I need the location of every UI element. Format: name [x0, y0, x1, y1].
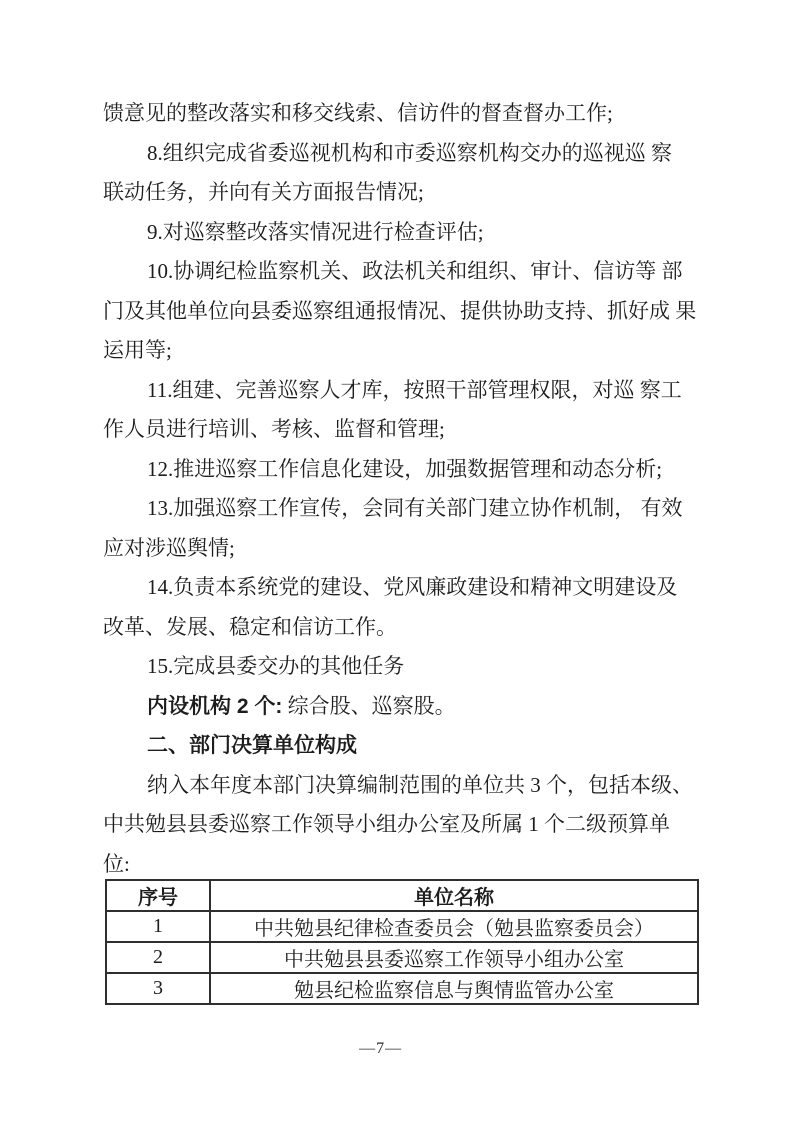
table-cell-unit-name: 中共勉县纪律检查委员会（勉县监察委员会） — [210, 911, 698, 942]
internal-org-label: 内设机构 2 个: — [147, 695, 282, 718]
body-line: 10.协调纪检监察机关、政法机关和组织、审计、信访等 部 — [103, 252, 695, 292]
body-line: 15.完成县委交办的其他任务 — [103, 647, 695, 687]
table-cell-seq: 3 — [106, 973, 210, 1004]
document-page: 馈意见的整改落实和移交线索、信访件的督查督办工作; 8.组织完成省委巡视机构和市… — [0, 0, 793, 1122]
body-line: 作人员进行培训、考核、监督和管理; — [103, 410, 695, 450]
body-line: 8.组织完成省委巡视机构和市委巡察机构交办的巡视巡 察 — [103, 134, 695, 174]
body-line: 纳入本年度本部门决算编制范围的单位共 3 个，包括本级、 — [103, 766, 695, 806]
body-line: 门及其他单位向县委巡察组通报情况、提供协助支持、抓好成 果 — [103, 292, 695, 332]
body-line: 应对涉巡舆情; — [103, 529, 695, 569]
body-line: 改革、发展、稳定和信访工作。 — [103, 608, 695, 648]
page-number: —7— — [0, 1040, 761, 1058]
internal-org-line: 内设机构 2 个: 综合股、巡察股。 — [103, 687, 695, 727]
table-row: 2 中共勉县县委巡察工作领导小组办公室 — [106, 942, 698, 973]
table-header-unit-name: 单位名称 — [210, 880, 698, 911]
body-line: 9.对巡察整改落实情况进行检查评估; — [103, 213, 695, 253]
table-header-row: 序号 单位名称 — [106, 880, 698, 911]
body-line: 运用等; — [103, 331, 695, 371]
body-line: 联动任务，并向有关方面报告情况; — [103, 173, 695, 213]
table-row: 1 中共勉县纪律检查委员会（勉县监察委员会） — [106, 911, 698, 942]
body-line: 馈意见的整改落实和移交线索、信访件的督查督办工作; — [103, 94, 695, 134]
units-table: 序号 单位名称 1 中共勉县纪律检查委员会（勉县监察委员会） 2 中共勉县县委巡… — [105, 879, 699, 1005]
table-cell-seq: 1 — [106, 911, 210, 942]
body-text: 馈意见的整改落实和移交线索、信访件的督查督办工作; 8.组织完成省委巡视机构和市… — [103, 94, 695, 884]
body-line: 12.推进巡察工作信息化建设，加强数据管理和动态分析; — [103, 450, 695, 490]
body-line: 14.负责本系统党的建设、党风廉政建设和精神文明建设及 — [103, 568, 695, 608]
table-cell-seq: 2 — [106, 942, 210, 973]
body-line: 中共勉县县委巡察工作领导小组办公室及所属 1 个二级预算单 — [103, 805, 695, 845]
section-heading: 二、部门决算单位构成 — [103, 726, 695, 766]
table-row: 3 勉县纪检监察信息与舆情监管办公室 — [106, 973, 698, 1004]
body-line: 13.加强巡察工作宣传，会同有关部门建立协作机制， 有效 — [103, 489, 695, 529]
table-cell-unit-name: 勉县纪检监察信息与舆情监管办公室 — [210, 973, 698, 1004]
body-line: 11.组建、完善巡察人才库，按照干部管理权限，对巡 察工 — [103, 371, 695, 411]
table-cell-unit-name: 中共勉县县委巡察工作领导小组办公室 — [210, 942, 698, 973]
table-header-seq: 序号 — [106, 880, 210, 911]
internal-org-value: 综合股、巡察股。 — [282, 694, 455, 718]
